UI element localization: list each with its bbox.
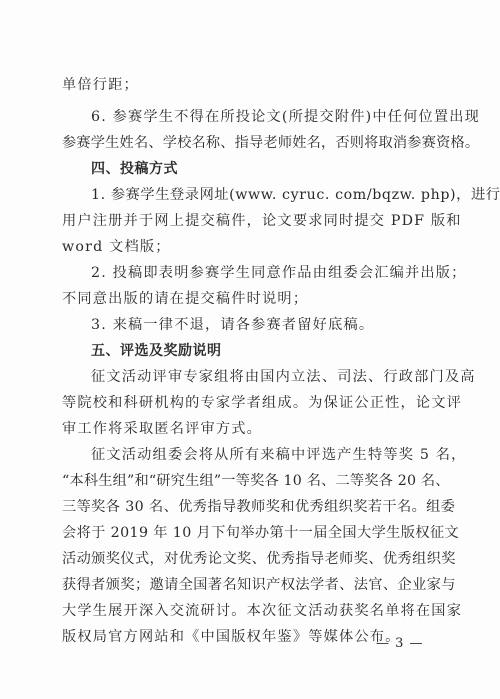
text-line: word 文档版；	[62, 234, 440, 260]
text-line: 单倍行距；	[62, 72, 440, 98]
text-line: 大学生展开深入交流研讨。本次征文活动获奖名单将在国家	[62, 598, 440, 624]
text-line: “本科生组”和“研究生组”一等奖各 10 名、二等奖各 20 名、	[62, 468, 440, 494]
text-line: 参赛学生姓名、学校名称、指导老师姓名，否则将取消参赛资格。	[62, 130, 440, 156]
text-line: 2. 投稿即表明参赛学生同意作品由组委会汇编并出版；	[62, 260, 440, 286]
page-number: — 3 —	[376, 636, 424, 651]
text-line: 活动颁奖仪式，对优秀论文奖、优秀指导老师奖、优秀组织奖	[62, 546, 440, 572]
text-line: 等院校和科研机构的专家学者组成。为保证公正性，论文评	[62, 390, 440, 416]
section-heading-submission: 四、投稿方式	[62, 156, 440, 182]
text-line: 1. 参赛学生登录网址(www. cyruc. com/bqzw. php)，进…	[62, 182, 440, 208]
document-page: 单倍行距； 6. 参赛学生不得在所投论文(所提交附件)中任何位置出现 参赛学生姓…	[62, 72, 440, 650]
text-line: 用户注册并于网上提交稿件，论文要求同时提交 PDF 版和	[62, 208, 440, 234]
text-line: 征文活动评审专家组将由国内立法、司法、行政部门及高	[62, 364, 440, 390]
text-line: 获得者颁奖；邀请全国著名知识产权法学者、法官、企业家与	[62, 572, 440, 598]
section-heading-evaluation: 五、评选及奖励说明	[62, 338, 440, 364]
text-line: 3. 来稿一律不退，请各参赛者留好底稿。	[62, 312, 440, 338]
text-line: 三等奖各 30 名、优秀指导教师奖和优秀组织奖若干名。组委	[62, 494, 440, 520]
text-line: 征文活动组委会将从所有来稿中评选产生特等奖 5 名，	[62, 442, 440, 468]
text-line: 会将于 2019 年 10 月下旬举办第十一届全国大学生版权征文	[62, 520, 440, 546]
text-line: 审工作将采取匿名评审方式。	[62, 416, 440, 442]
text-line: 6. 参赛学生不得在所投论文(所提交附件)中任何位置出现	[62, 104, 440, 130]
text-line: 不同意出版的请在提交稿件时说明；	[62, 286, 440, 312]
